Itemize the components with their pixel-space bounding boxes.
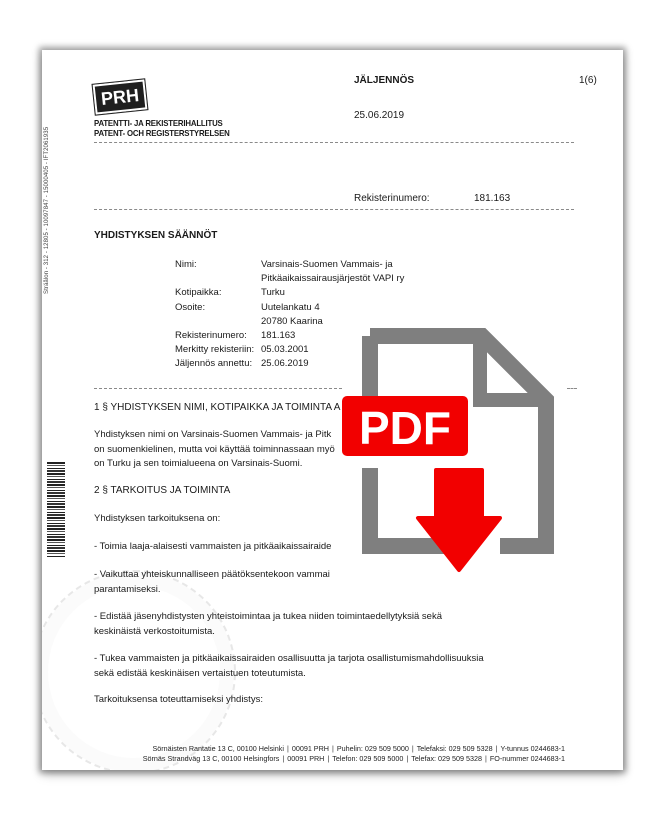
text-line: - Edistää jäsenyhdistysten yhteistoimint… [94,610,442,625]
text-line: parantamiseksi. [94,583,330,598]
registration-label: Rekisterinumero: [354,193,430,204]
paragraph-2: Yhdistyksen tarkoituksena on: [94,512,220,527]
info-label [175,315,261,329]
footer-item: Telefax: 029 509 5328 [411,754,482,763]
info-value: Uutelankatu 4 [261,301,404,315]
info-label: Nimi: [175,258,261,272]
info-label: Osoite: [175,301,261,315]
info-value: Turku [261,286,404,300]
bullet-3: - Edistää jäsenyhdistysten yhteistoimint… [94,610,442,639]
side-code: Sträålon - 312 - 12805 - 10097847 - 1500… [42,110,54,310]
pdf-label: PDF [359,402,451,454]
text-line: - Vaikuttaa yhteiskunnalliseen päätöksen… [94,568,330,583]
bullet-4: - Tukea vammaisten ja pitkäaikaissairaid… [94,652,484,681]
prh-logo: PRH PATENTTI- JA REKISTERIHALLITUS PATEN… [94,82,241,138]
info-label: Rekisterinumero: [175,329,261,343]
footer: Sörnäisten Rantatie 13 C, 00100 Helsinki… [42,744,623,763]
document-type: JÄLJENNÖS [354,75,414,86]
text-line: - Tukea vammaisten ja pitkäaikaissairaid… [94,652,484,667]
divider [94,388,342,389]
page-number: 1(6) [579,75,597,86]
download-arrow-icon [418,470,500,570]
footer-item: Telefon: 029 509 5000 [332,754,403,763]
heading-1: 1 § YHDISTYKSEN NIMI, KOTIPAIKKA JA TOIM… [94,401,340,416]
section-title: YHDISTYKSEN SÄÄNNÖT [94,230,217,241]
logo-line-fi: PATENTTI- JA REKISTERIHALLITUS [94,118,230,128]
footer-item: 00091 PRH [292,744,329,753]
bullet-1: - Toimia laaja-alaisesti vammaisten ja p… [94,540,331,555]
text-line: on Turku ja sen toimialueena on Varsinai… [94,457,335,472]
text-line: sekä edistää keskinäisen vertaistuen tot… [94,667,484,682]
info-value: Varsinais-Suomen Vammais- ja [261,258,404,272]
footer-item: FO-nummer 0244683-1 [490,754,565,763]
barcode [47,462,65,557]
info-label: Merkitty rekisteriin: [175,343,261,357]
text-line: keskinäistä verkostoitumista. [94,625,442,640]
document-date: 25.06.2019 [354,110,404,121]
info-label [175,272,261,286]
bullet-2: - Vaikuttaa yhteiskunnalliseen päätöksen… [94,568,330,597]
footer-item: Sörnäs Strandväg 13 C, 00100 Helsingfors [143,754,280,763]
paragraph-1: Yhdistyksen nimi on Varsinais-Suomen Vam… [94,428,335,472]
logo-mark: PRH [93,79,148,114]
text-line: Yhdistyksen nimi on Varsinais-Suomen Vam… [94,428,335,443]
registration-value: 181.163 [474,193,510,204]
heading-2: 2 § TARKOITUS JA TOIMINTA [94,484,230,499]
divider [94,209,574,210]
info-value: Pitkäaikaissairausjärjestöt VAPI ry [261,272,404,286]
footer-item: Sörnäisten Rantatie 13 C, 00100 Helsinki [153,744,284,753]
separator: | [329,744,337,753]
text-line: - Toimia laaja-alaisesti vammaisten ja p… [94,540,331,555]
footer-item: 00091 PRH [287,754,324,763]
paragraph-3: Tarkoituksensa toteuttamiseksi yhdistys: [94,693,263,708]
pdf-download-icon[interactable]: PDF [330,320,610,580]
footer-item: Puhelin: 029 509 5000 [337,744,409,753]
info-label: Kotipaikka: [175,286,261,300]
separator: | [493,744,501,753]
logo-line-sv: PATENT- OCH REGISTERSTYRELSEN [94,128,230,138]
info-label: Jäljennös annettu: [175,357,261,371]
footer-line-sv: Sörnäs Strandväg 13 C, 00100 Helsingfors… [42,754,565,764]
separator: | [409,744,417,753]
separator: | [284,744,292,753]
footer-line-fi: Sörnäisten Rantatie 13 C, 00100 Helsinki… [42,744,565,754]
text-line: on suomenkielinen, mutta voi käyttää toi… [94,443,335,458]
divider [94,142,574,143]
footer-item: Telefaksi: 029 509 5328 [417,744,493,753]
separator: | [482,754,490,763]
footer-item: Y-tunnus 0244683-1 [501,744,565,753]
